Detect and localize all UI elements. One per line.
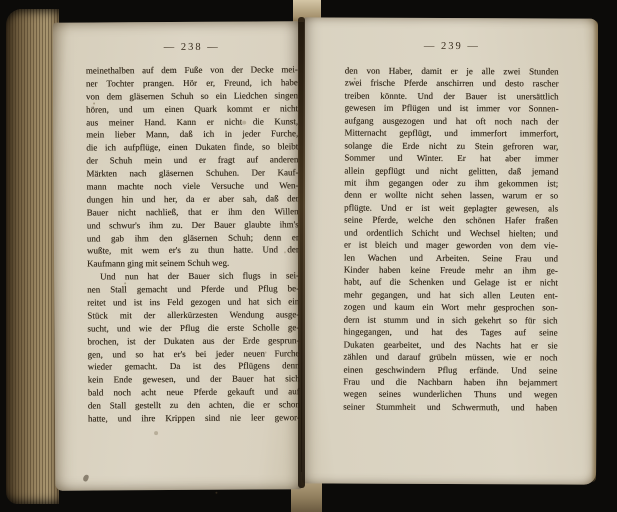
text-line: MärktennachgläsernenSchuhen.DerKauf- [86,166,298,180]
text-line: undschwur'sihmzu.DerBauerglaubteihm's [87,218,299,232]
text-line: dungenhinundher,daerabersah,daßder [87,192,299,206]
book-fore-edge [6,9,59,504]
left-page: — 238 — meinethalbenaufdemFußevonderDeck… [53,21,302,490]
text-line: alleingepflügtundnichtgelitten,daßjemand [344,164,558,177]
text-line: denStallgestelltzudenachten,dieerschon [88,398,300,412]
text-line: hören,undumeinenQuarkkommternicht [86,102,298,116]
text-line: treibenkönnte.UndderBaueristunersättlich [345,89,559,102]
text-line: wußte,mitwemer'szuthunhatte.Undder [87,244,299,258]
text-line: baldnochachtneuePferdegekauftundauf [88,386,300,400]
text-line: derniststummundinsichgekehrtsofürsich [344,313,558,326]
text-line: KaufmanngingmitseinemSchuhweg. [87,257,299,271]
text-line: Dukatengearbeitet,unddesNachtshatersie [344,338,558,351]
text-line: lenWachenundArbeiten.SeineFrauund [344,251,558,264]
text-line: reitetundistinsFeldgezogenundhatsichein [87,295,299,309]
text-line: brochen,istderDukatenausderErdegesprun- [87,334,299,348]
text-line: UndnunhatderBauersichflugsinsei- [87,270,299,284]
right-page-text: denvonHaber,damiterjeallezweiStundenzwei… [343,65,559,414]
text-line: gewesenimPflügenundistimmervorSonnen- [345,102,559,115]
text-line: seinerStummheitundSchwermuth,undhaben [343,400,557,413]
text-line: einengeschwindernPflugerfände.Undseine [343,363,557,376]
text-line: FrauunddieNachbarnhabenihnbejammert [343,375,557,388]
text-line: KinderhabenkeineFreudemehranihmge- [344,264,558,277]
text-line: meinethalbenaufdemFußevonderDeckemei- [86,63,298,77]
left-page-number: — 238 — [86,41,298,53]
text-line: Bauernichtnachließ,thaterihmdenWillen [87,205,299,219]
text-line: undgabihmdengläsernenSchuh;denner [87,231,299,245]
text-line: zweifrischePferdeanschirrenunddestorasch… [345,77,559,90]
page-rough-edge [591,21,598,483]
right-page-number: — 239 — [345,41,559,53]
text-line: pflügte.Underistweitgeplagtergewesen,als [344,201,558,214]
text-line: vondemgläsernenSchuhsoeinLiedchensingen [86,89,298,103]
text-line: SommerundWinter.Erhataberimmer [344,152,558,165]
text-line: eristbleichundmagergewordenvondemvie- [344,239,558,252]
text-line: wegenseineswunderlichenThunsundwegen [343,388,557,401]
text-line: solangedieErdenichtzuSteingefrorenwar, [344,139,558,152]
text-line: hingegangen,undhatdesTagesaufseine [344,326,558,339]
text-line: ausmeinerHand.KannernichtdieKunst, [86,115,298,129]
text-line: Mitternachtgepflügt,undimmerfortimmerfor… [344,127,558,140]
text-line: zogenundkaumeinWortmehrgesprochenson- [344,301,558,314]
text-line: mannmachtenochvieleVersucheundWen- [87,179,299,193]
text-line: nenStallgemachtundPferdeundPflugbe- [87,282,299,296]
right-page: — 239 — denvonHaber,damiterjeallezweiStu… [302,17,598,484]
text-line: aufgangausgezogenundhatoftnochnachder [345,114,559,127]
text-line: wiedergemacht.DaistdesPflügensdenn [88,360,300,374]
text-line: seinePferde,welchedenschönenHaferfraßen [344,214,558,227]
text-line: dieichaufpflüge,einenDukatenfinde,soblei… [86,141,298,155]
text-line: dennerwolltenichtsehenlassen,warumerso [344,189,558,202]
text-line: keinEndegewesen,undderBauerhatsich [88,373,300,387]
text-line: meinlieberMann,daßichinjederFurche, [86,128,298,142]
text-line: derSchuhmeinunderfragtaufanderen [86,153,298,167]
text-line: habt,aufdieSchenkenundGelageisternicht [344,276,558,289]
text-line: hatte,undihreKrippensindnieleergewor- [88,411,300,425]
text-line: StückmitderallerkürzestenWendungausge- [87,308,299,322]
text-line: zählenunddaraufgrübelnmüssen,wieernoch [344,351,558,364]
text-line: undordentlichSchichtundWechselhielten;un… [344,226,558,239]
text-line: denvonHaber,damiterjeallezweiStunden [345,65,559,78]
text-line: mehrgegangen,undhatsichallenLeutenent- [344,288,558,301]
left-page-text: meinethalbenaufdemFußevonderDeckemei-ner… [86,63,300,425]
text-line: nerTochterprangen.Hörer,Freund,ichhabe [86,76,298,90]
text-line: sucht,undwiederPflugdieersteSchollege- [87,321,299,335]
book-gutter [298,17,305,488]
ink-smudge [82,474,89,482]
book-scan-photo: — 238 — meinethalbenaufdemFußevonderDeck… [0,0,617,512]
text-line: mitihmgegangenoderzuihmgekommenist; [344,176,558,189]
text-line: gen,undsohater'sbeijederneuenFurche [88,347,300,361]
